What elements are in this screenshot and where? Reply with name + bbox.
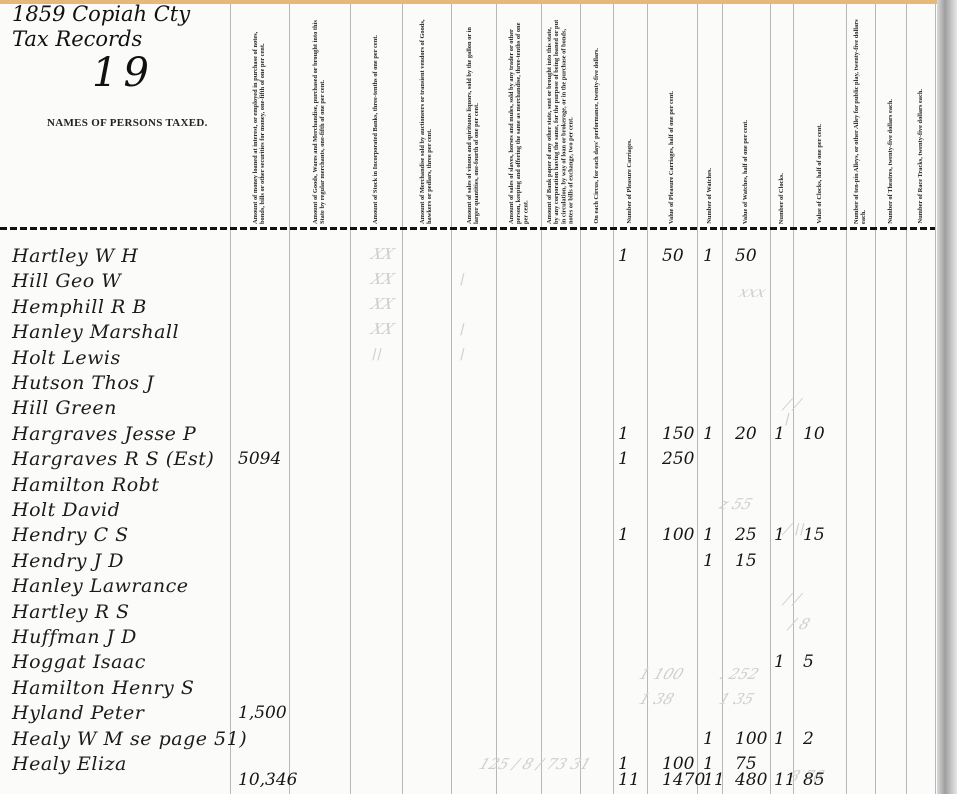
bleed-through-mark: . 252 — [717, 665, 762, 683]
cell-num-clocks: 1 — [774, 424, 785, 444]
column-header-label: Number of Watches. — [706, 168, 713, 224]
bleed-through-mark: XX — [369, 295, 397, 313]
cell-val-watches: 20 — [735, 424, 757, 444]
column-header-theatres: Number of Theatres, twenty-five dollars … — [875, 8, 906, 224]
column-header-slaves-horses: Amount of sales of slaves, horses and mu… — [496, 8, 541, 224]
cell-num-watches: 1 — [703, 525, 714, 545]
cell-num-clocks: 1 — [774, 525, 785, 545]
cell-num-watches: 1 — [703, 424, 714, 444]
bleed-through-mark: / 8 — [787, 615, 813, 633]
column-header-label: Amount of sales of slaves, horses and mu… — [508, 19, 530, 224]
column-rule — [935, 4, 936, 794]
title-line-1: 1859 Copiah Cty — [12, 2, 190, 27]
person-name: Hanley Marshall — [12, 321, 179, 343]
person-name: Hartley R S — [12, 601, 130, 623]
header-divider — [0, 227, 935, 230]
cell-val-clocks: 10 — [803, 424, 825, 444]
person-name: Hill Green — [12, 397, 117, 419]
column-header-label: Number of Theatres, twenty-five dollars … — [887, 99, 894, 224]
bleed-through-mark: xxx — [737, 283, 769, 301]
column-header-label: Value of Watches, half of one per cent. — [742, 120, 749, 224]
column-header-num-carriages: Number of Pleasure Carriages. — [613, 8, 647, 224]
column-header-label: Value of Pleasure Carriages, half of one… — [668, 91, 675, 224]
column-header-label: Amount of Stock in Incorporated Banks, t… — [372, 35, 379, 224]
total-num-watches: 11 — [703, 770, 725, 790]
total-num-carriages: 11 — [618, 770, 640, 790]
total-val-carriages: 1470 — [662, 770, 705, 790]
column-header-label: Amount of Merchandise sold by auctioneer… — [419, 19, 433, 224]
column-header-num-clocks: Number of Clocks. — [770, 8, 793, 224]
person-name: Hill Geo W — [12, 270, 121, 292]
person-name: Hamilton Henry S — [12, 677, 194, 699]
person-name: Hamilton Robt — [12, 474, 159, 496]
bleed-through-mark: \ — [457, 345, 469, 363]
column-header-label: Amount of Goods, Wares and Merchandise, … — [312, 19, 326, 224]
document-title: 1859 Copiah Cty Tax Records — [12, 2, 190, 52]
book-binding — [937, 0, 957, 794]
person-name: Holt Lewis — [12, 347, 121, 369]
cell-num-watches: 1 — [703, 551, 714, 571]
column-header-val-carriages: Value of Pleasure Carriages, half of one… — [647, 8, 697, 224]
person-name: Healy W M se page 51) — [12, 728, 247, 750]
column-header-label: Amount of sales of vinous and spirituous… — [466, 19, 480, 224]
person-name: Holt David — [12, 499, 120, 521]
bleed-through-mark: 125 / 8 / 73 31 — [477, 755, 594, 773]
bleed-through-mark: \\ — [369, 345, 386, 363]
cell-val-carriages: 100 — [662, 525, 694, 545]
column-header-val-watches: Value of Watches, half of one per cent. — [722, 8, 770, 224]
cell-val-watches: 25 — [735, 525, 757, 545]
cell-val-watches: 100 — [735, 729, 767, 749]
title-line-2: Tax Records — [12, 27, 190, 52]
cell-val-clocks: 2 — [803, 729, 814, 749]
column-header-label: Number of Pleasure Carriages. — [626, 139, 633, 224]
person-name: Hendry J D — [12, 550, 124, 572]
person-name: Healy Eliza — [12, 753, 127, 775]
person-name: Hanley Lawrance — [12, 575, 188, 597]
cell-num-carriages: 1 — [618, 424, 629, 444]
column-header-money-loaned: Amount of money loaned at interest, or e… — [230, 8, 289, 224]
bleed-through-mark: XX — [369, 320, 397, 338]
column-header-label: Value of Clocks, half of one per cent. — [816, 124, 823, 224]
column-header-merchandise-auctioneers: Amount of Merchandise sold by auctioneer… — [402, 8, 451, 224]
column-header-label: Number of Clocks. — [778, 173, 785, 224]
total-num-clocks: 11 — [774, 770, 796, 790]
person-name: Hartley W H — [12, 245, 138, 267]
person-name: Huffman J D — [12, 626, 137, 648]
cell-num-clocks: 1 — [774, 729, 785, 749]
column-header-tenpin: Number of ten-pin Alleys, or other Alley… — [846, 8, 875, 224]
cell-num-carriages: 1 — [618, 246, 629, 266]
person-name: Hargraves R S (Est) — [12, 448, 214, 470]
cell-val-watches: 15 — [735, 551, 757, 571]
bleed-through-mark: / / — [782, 590, 803, 608]
column-header-num-watches: Number of Watches. — [697, 8, 722, 224]
cell-val-carriages: 50 — [662, 246, 684, 266]
cell-num-clocks: 1 — [774, 652, 785, 672]
column-header-race-tracks: Number of Race Tracks, twenty-five dolla… — [906, 8, 935, 224]
bleed-through-mark: 1 38 — [637, 690, 677, 708]
column-header-circus: On each Circus, for each days' performan… — [580, 8, 613, 224]
bleed-through-mark: \ — [457, 320, 469, 338]
cell-val-clocks: 5 — [803, 652, 814, 672]
cell-val-clocks: 15 — [803, 525, 825, 545]
column-header-label: Amount of money loaned at interest, or e… — [252, 19, 266, 224]
person-name: Hutson Thos J — [12, 372, 154, 394]
names-column-header: NAMES OF PERSONS TAXED. — [47, 117, 208, 129]
page-number: 19 — [92, 50, 155, 96]
bleed-through-mark: XX — [369, 270, 397, 288]
person-name: Hargraves Jesse P — [12, 423, 196, 445]
bleed-through-mark: 1 100 — [637, 665, 687, 683]
bleed-through-mark: \ — [457, 270, 469, 288]
cell-val-carriages: 150 — [662, 424, 694, 444]
total-val-watches: 480 — [735, 770, 767, 790]
column-header-label: Number of ten-pin Alleys, or other Alley… — [853, 19, 867, 224]
person-name: Hyland Peter — [12, 702, 144, 724]
cell-num-carriages: 1 — [618, 525, 629, 545]
cell-num-watches: 1 — [703, 729, 714, 749]
person-name: Hendry C S — [12, 524, 129, 546]
column-header-label: On each Circus, for each days' performan… — [593, 48, 600, 224]
cell-val-carriages: 250 — [662, 449, 694, 469]
column-header-liquors: Amount of sales of vinous and spirituous… — [451, 8, 496, 224]
cell-num-watches: 1 — [703, 246, 714, 266]
person-name: Hemphill R B — [12, 296, 147, 318]
column-header-val-clocks: Value of Clocks, half of one per cent. — [793, 8, 846, 224]
bleed-through-mark: 1 35 — [717, 690, 757, 708]
bleed-through-mark: z 55 — [717, 495, 755, 513]
bleed-through-mark: XX — [369, 245, 397, 263]
cell-money-loaned: 5094 — [238, 449, 281, 469]
cell-num-carriages: 1 — [618, 449, 629, 469]
column-header-bank-paper: Amount of Bank paper of any other state,… — [541, 8, 580, 224]
total-money-loaned: 10,346 — [238, 770, 297, 790]
column-header-label: Number of Race Tracks, twenty-five dolla… — [917, 89, 924, 224]
person-name: Hoggat Isaac — [12, 651, 146, 673]
column-header-goods-wares: Amount of Goods, Wares and Merchandise, … — [289, 8, 350, 224]
total-val-clocks: 85 — [803, 770, 825, 790]
cell-money-loaned: 1,500 — [238, 703, 287, 723]
column-header-label: Amount of Bank paper of any other state,… — [546, 19, 575, 224]
column-header-bank-stock: Amount of Stock in Incorporated Banks, t… — [350, 8, 402, 224]
cell-val-watches: 50 — [735, 246, 757, 266]
